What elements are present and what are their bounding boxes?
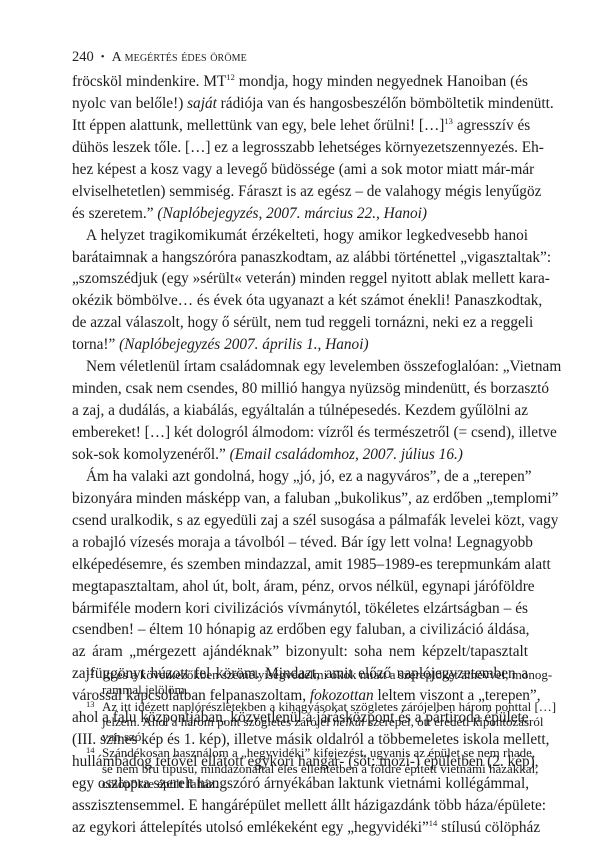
body-line: megtapasztaltam, ahol út, bolt, áram, pé… [72,576,528,598]
text-segment: Nem véletlenül írtam családomnak egy lev… [86,358,561,375]
body-line: „szomszédjuk (egy »sérült« veterán) mind… [72,268,528,290]
footnote-line: jelzem. Ahol a három pont szögletes záró… [102,714,528,729]
footnote-line: cölöpökre épült faház. [102,776,528,791]
footnotes: 12Itt és a következőkben személyiségvéde… [72,667,528,792]
footnote-14: 14Szándékosan használom a „hegyvidéki” k… [72,745,528,791]
body-line: torna!” (Naplóbejegyzés 2007. április 1.… [72,334,528,356]
text-segment: és szeretem.” [72,205,157,222]
text-segment: Szándékosan használom a „hegyvidéki” kif… [102,745,535,760]
text-segment: nyolc van belőle!) [72,95,187,112]
text-segment: bizonyára minden másképp van, a faluban … [72,490,558,507]
bullet-separator-icon: • [101,51,105,63]
body-line: az áram „mérgezett ajándéknak” bizonyult… [72,641,528,663]
text-segment: Az itt idézett naplórészletekben a kihag… [102,699,556,714]
text-segment: az egykori áttelepítés utolsó emlékeként… [72,819,429,836]
text-segment: de azzal válaszolt, hogy ő sérült, nem t… [72,314,533,331]
text-segment: A helyzet tragikomikumát érzékelteti, ho… [86,227,528,244]
body-line: az egykori áttelepítés utolsó emlékeként… [72,817,528,839]
running-head-title: A megértés édes öröme [112,50,247,65]
text-segment: elképedésemre, és szemben mindazzal, ami… [72,556,551,573]
text-segment: minden, csak nem csendes, 80 millió hang… [72,380,549,397]
body-line: elviselhetetlen) semmiség. Fáraszt is az… [72,181,528,203]
body-line: nyolc van belőle!) saját rádiója van és … [72,93,528,115]
body-line: A helyzet tragikomikumát érzékelteti, ho… [72,225,528,247]
text-segment: rádiója van és hangosbeszélőn bömbölteti… [217,95,554,112]
footnote-number: 14 [86,743,95,758]
text-segment: asszisztensemmel. E hangárépület mellett… [72,797,546,814]
italic-text: (Naplóbejegyzés, 2007. március 22., Hano… [157,205,427,222]
body-line: a robajló vízesés moraja a távolból – té… [72,532,528,554]
text-segment: torna!” [72,336,119,353]
text-segment: szerepel, ott eredeti kipontozásról [365,714,544,729]
body-line: Nem véletlenül írtam családomnak egy lev… [72,356,528,378]
footnote-line: van szó. [102,729,528,744]
text-segment: mondja, hogy minden negyednek Hanoiban (… [235,73,528,90]
text-segment: „szomszédjuk (egy »sérült« veterán) mind… [72,270,550,287]
text-segment: embereket! […] két dologról álmodom: víz… [72,424,557,441]
text-segment: van szó. [102,729,145,744]
text-segment: az áram „mérgezett ajándéknak” bizonyult… [72,643,528,660]
text-segment: sok-sok komolyzenéről.” [72,446,230,463]
text-segment: barátaimnak a hangszóróra panaszkodtam, … [72,249,551,266]
body-line: fröcsköl mindenkire. MT12 mondja, hogy m… [72,71,528,93]
text-segment: a robajló vízesés moraja a távolból – té… [72,534,533,551]
body-line: asszisztensemmel. E hangárépület mellett… [72,795,528,817]
body-line: a zaj, a dudálás, a kiabálás, egyáltalán… [72,400,528,422]
footnote-12: 12Itt és a következőkben személyiségvéde… [72,667,528,698]
text-segment: Ám ha valaki azt gondolná, hogy „jó, jó,… [86,468,532,485]
text-segment: elviselhetetlen) semmiség. Fáraszt is az… [72,183,541,200]
text-segment: agresszív és [453,117,530,134]
footnote-13: 13Az itt idézett naplórészletekben a kih… [72,699,528,745]
body-line: elképedésemre, és szemben mindazzal, ami… [72,554,528,576]
text-segment: okézik bömbölve… és évek óta ugyanazt a … [72,292,542,309]
text-segment: hez képest a kosz vagy a levegő büdösség… [72,161,534,178]
body-line: embereket! […] két dologról álmodom: víz… [72,422,528,444]
footnote-line: Szándékosan használom a „hegyvidéki” kif… [102,745,528,760]
body-line: de azzal válaszolt, hogy ő sérült, nem t… [72,312,528,334]
text-segment: stílusú cölöpház [437,819,540,836]
text-segment: cölöpökre épült faház. [102,776,218,791]
italic-text: (Naplóbejegyzés 2007. április 1., Hanoi) [119,336,368,353]
body-line: Itt éppen alattunk, mellettünk van egy, … [72,115,528,137]
text-segment: jelzem. Ahol a három pont szögletes záró… [102,714,333,729]
footnote-line: rammal jelölöm. [102,682,528,697]
body-line: bármiféle modern kori civilizációs vívmá… [72,598,528,620]
text-segment: dühös leszek tőle. […] ez a legrosszabb … [72,139,544,156]
text-segment: fröcsköl mindenkire. MT [72,73,226,90]
footnote-line: se nem brú típusú, mindazonáltal éles el… [102,761,528,776]
body-line: hez képest a kosz vagy a levegő büdösség… [72,159,528,181]
running-head: 240•A megértés édes öröme [72,48,247,67]
text-segment: csendben! – éltem 10 hónapig az erdőben … [72,621,529,638]
text-segment: Itt és a következőkben személyiségvédelm… [102,667,552,682]
italic-text: saját [187,95,217,112]
text-segment: bármiféle modern kori civilizációs vívmá… [72,600,528,617]
text-segment: se nem brú típusú, mindazonáltal éles el… [102,761,538,776]
italic-text: (Email családomhoz, 2007. július 16.) [230,446,463,463]
italic-text: nélkül [333,714,365,729]
footnote-number: 13 [86,697,95,712]
text-segment: megtapasztaltam, ahol út, bolt, áram, pé… [72,578,535,595]
text-segment: rammal jelölöm. [102,682,188,697]
footnote-reference: 12 [226,72,235,82]
body-line: csend uralkodik, s az egyedüli zaj a szé… [72,510,528,532]
footnote-number: 12 [86,665,95,680]
body-line: dühös leszek tőle. […] ez a legrosszabb … [72,137,528,159]
body-line: okézik bömbölve… és évek óta ugyanazt a … [72,290,528,312]
body-line: csendben! – éltem 10 hónapig az erdőben … [72,619,528,641]
page-number: 240 [72,49,94,65]
body-line: Ám ha valaki azt gondolná, hogy „jó, jó,… [72,466,528,488]
body-line: barátaimnak a hangszóróra panaszkodtam, … [72,247,528,269]
body-line: és szeretem.” (Naplóbejegyzés, 2007. már… [72,203,528,225]
text-segment: a zaj, a dudálás, a kiabálás, egyáltalán… [72,402,528,419]
footnote-line: Az itt idézett naplórészletekben a kihag… [102,699,528,714]
body-line: sok-sok komolyzenéről.” (Email családomh… [72,444,528,466]
body-line: minden, csak nem csendes, 80 millió hang… [72,378,528,400]
footnote-reference: 13 [444,116,453,126]
body-line: bizonyára minden másképp van, a faluban … [72,488,528,510]
footnote-line: Itt és a következőkben személyiségvédelm… [102,667,528,682]
text-segment: csend uralkodik, s az egyedüli zaj a szé… [72,512,558,529]
text-segment: Itt éppen alattunk, mellettünk van egy, … [72,117,444,134]
